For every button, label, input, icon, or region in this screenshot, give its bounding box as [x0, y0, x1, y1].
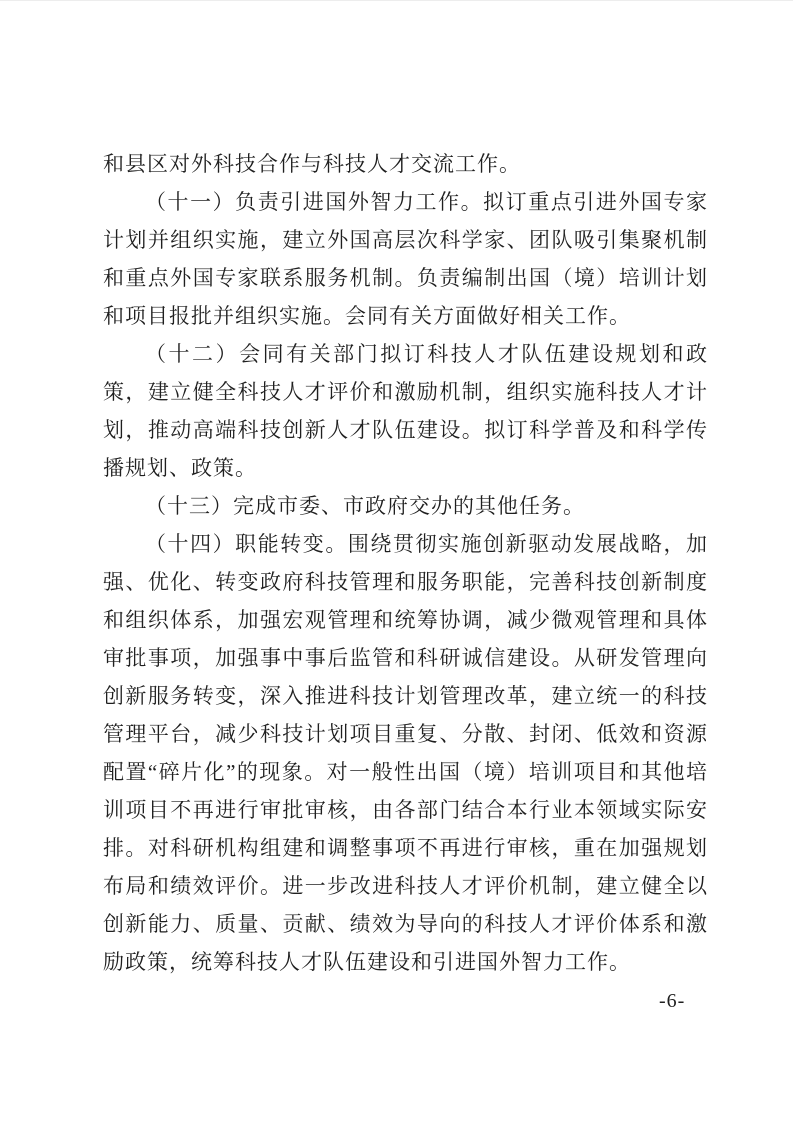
paragraph-tail: 和县区对外科技合作与科技人才交流工作。	[103, 145, 708, 183]
document-body: 和县区对外科技合作与科技人才交流工作。 （十一）负责引进国外智力工作。拟订重点引…	[103, 145, 708, 981]
paragraph-item-11: （十一）负责引进国外智力工作。拟订重点引进外国专家计划并组织实施，建立外国高层次…	[103, 183, 708, 335]
document-page: 和县区对外科技合作与科技人才交流工作。 （十一）负责引进国外智力工作。拟订重点引…	[0, 0, 793, 1123]
page-number: -6-	[659, 990, 685, 1013]
paragraph-item-14: （十四）职能转变。围绕贯彻实施创新驱动发展战略，加强、优化、转变政府科技管理和服…	[103, 525, 708, 981]
paragraph-item-13: （十三）完成市委、市政府交办的其他任务。	[103, 487, 708, 525]
paragraph-item-12: （十二）会同有关部门拟订科技人才队伍建设规划和政策，建立健全科技人才评价和激励机…	[103, 335, 708, 487]
